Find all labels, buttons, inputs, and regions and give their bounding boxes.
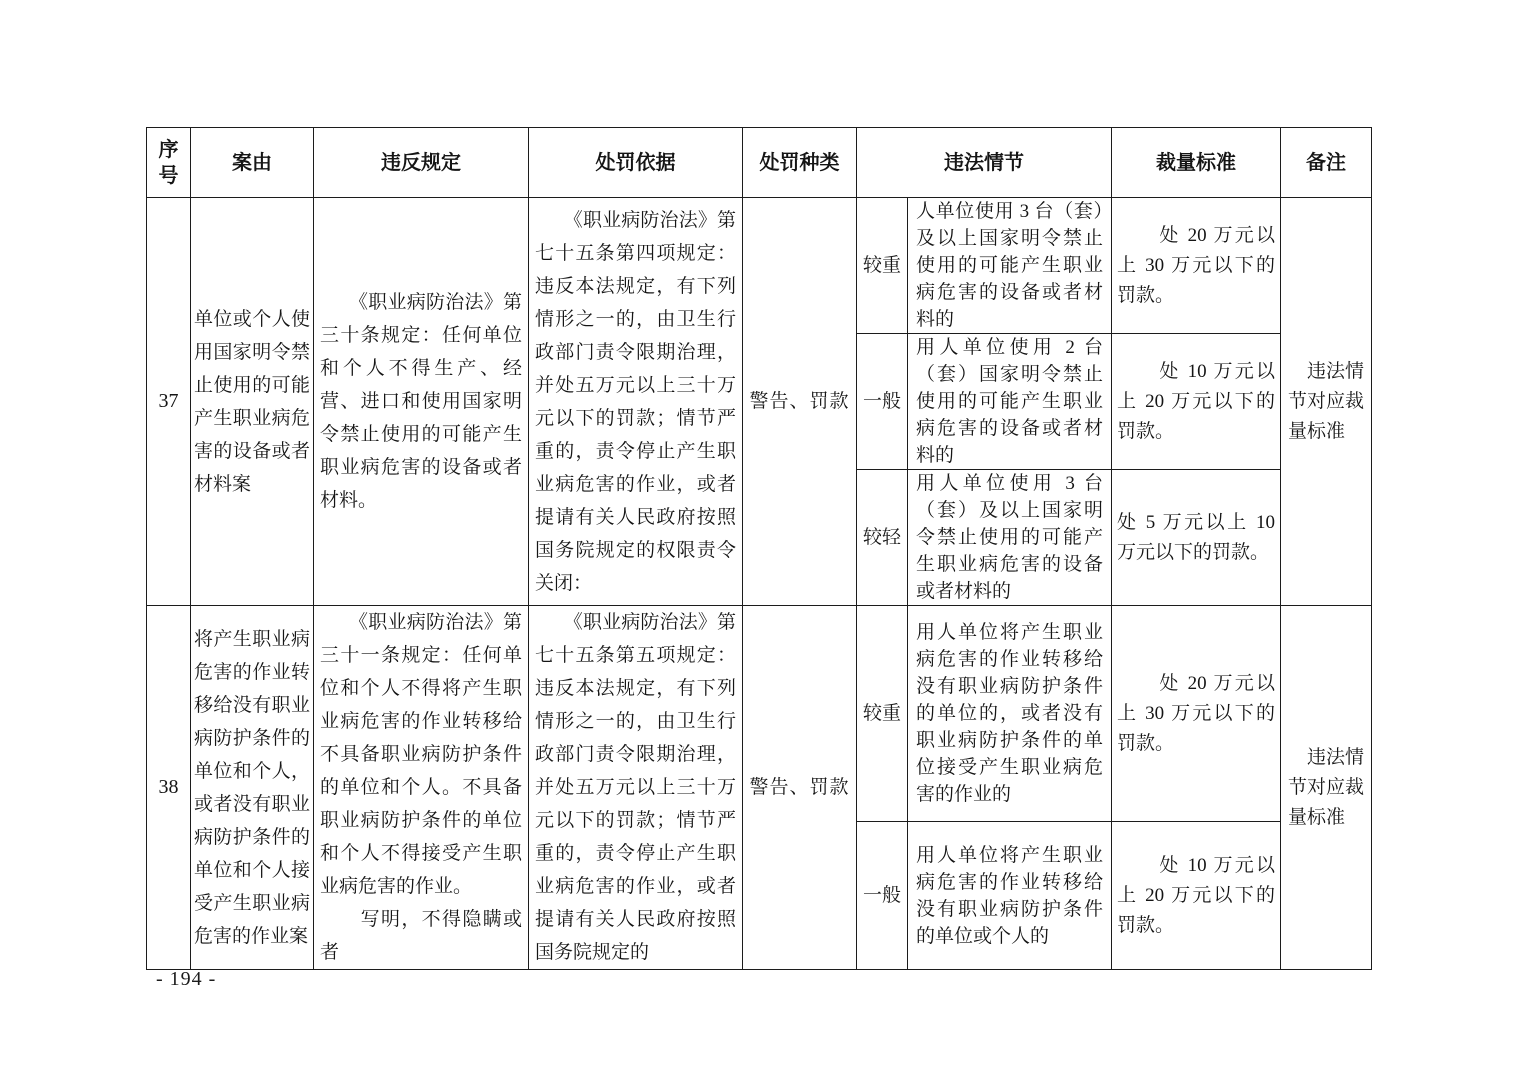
- header-violated-regulation: 违反规定: [314, 128, 529, 198]
- penalty-basis-cell: 《职业病防治法》第七十五条第四项规定：违反本法规定，有下列情形之一的，由卫生行政…: [529, 198, 743, 606]
- discretion-standard-cell: 处 10 万元以上 20 万元以下的罚款。: [1112, 334, 1281, 470]
- header-penalty-type: 处罚种类: [743, 128, 857, 198]
- table-row-38-sub-1: 38 将产生职业病危害的作业转移给没有职业病防护条件的单位和个人，或者没有职业病…: [147, 606, 1372, 822]
- remark-cell: 违法情节对应裁量标准: [1281, 198, 1372, 606]
- header-discretion-standard: 裁量标准: [1112, 128, 1281, 198]
- serial-no-cell: 38: [147, 606, 191, 970]
- document-page: 序号 案由 违反规定 处罚依据 处罚种类 违法情节 裁量标准 备注 37 单位或…: [0, 0, 1520, 1074]
- circumstance-description-cell: 人单位使用 3 台（套）及以上国家明令禁止使用的可能产生职业病危害的设备或者材料…: [908, 198, 1112, 334]
- basis-paragraph: 《职业病防治法》第七十五条第五项规定：违反本法规定，有下列情形之一的，由卫生行政…: [535, 606, 736, 969]
- violation-paragraph: 《职业病防治法》第三十一条规定：任何单位和个人不得将产生职业病危害的作业转移给不…: [320, 606, 522, 903]
- penalty-table: 序号 案由 违反规定 处罚依据 处罚种类 违法情节 裁量标准 备注 37 单位或…: [146, 127, 1372, 970]
- discretion-standard-cell: 处 10 万元以上 20 万元以下的罚款。: [1112, 822, 1281, 970]
- severity-level-cell: 一般: [857, 334, 908, 470]
- discretion-standard-cell: 处 20 万元以上 30 万元以下的罚款。: [1112, 606, 1281, 822]
- violated-regulation-cell: 《职业病防治法》第三十一条规定：任何单位和个人不得将产生职业病危害的作业转移给不…: [314, 606, 529, 970]
- header-row: 序号 案由 违反规定 处罚依据 处罚种类 违法情节 裁量标准 备注: [147, 128, 1372, 198]
- severity-level-cell: 较轻: [857, 470, 908, 606]
- header-remark: 备注: [1281, 128, 1372, 198]
- violation-paragraph: 写明，不得隐瞒或者: [320, 903, 522, 969]
- severity-level-cell: 较重: [857, 198, 908, 334]
- serial-no-cell: 37: [147, 198, 191, 606]
- severity-level-cell: 一般: [857, 822, 908, 970]
- circumstance-description-cell: 用人单位使用 2 台（套）国家明令禁止使用的可能产生职业病危害的设备或者材料的: [908, 334, 1112, 470]
- remark-cell: 违法情节对应裁量标准: [1281, 606, 1372, 970]
- header-penalty-basis: 处罚依据: [529, 128, 743, 198]
- case-cell: 单位或个人使用国家明令禁止使用的可能产生职业病危害的设备或者材料案: [191, 198, 314, 606]
- severity-level-cell: 较重: [857, 606, 908, 822]
- circumstance-description-cell: 用人单位将产生职业病危害的作业转移给没有职业病防护条件的单位的，或者没有职业病防…: [908, 606, 1112, 822]
- case-cell: 将产生职业病危害的作业转移给没有职业病防护条件的单位和个人，或者没有职业病防护条…: [191, 606, 314, 970]
- table-row-37-sub-1: 37 单位或个人使用国家明令禁止使用的可能产生职业病危害的设备或者材料案 《职业…: [147, 198, 1372, 334]
- circumstance-description-cell: 用人单位使用 3 台（套）及以上国家明令禁止使用的可能产生职业病危害的设备或者材…: [908, 470, 1112, 606]
- header-case: 案由: [191, 128, 314, 198]
- penalty-type-cell: 警告、罚款: [743, 198, 857, 606]
- header-violation-circumstances: 违法情节: [857, 128, 1112, 198]
- penalty-type-cell: 警告、罚款: [743, 606, 857, 970]
- penalty-basis-cell: 《职业病防治法》第七十五条第五项规定：违反本法规定，有下列情形之一的，由卫生行政…: [529, 606, 743, 970]
- circumstance-description-cell: 用人单位将产生职业病危害的作业转移给没有职业病防护条件的单位或个人的: [908, 822, 1112, 970]
- violation-paragraph: 《职业病防治法》第三十条规定：任何单位和个人不得生产、经营、进口和使用国家明令禁…: [320, 286, 522, 517]
- discretion-standard-cell: 处 20 万元以上 30 万元以下的罚款。: [1112, 198, 1281, 334]
- page-number: - 194 -: [156, 968, 216, 991]
- basis-paragraph: 《职业病防治法》第七十五条第四项规定：违反本法规定，有下列情形之一的，由卫生行政…: [535, 204, 736, 600]
- violated-regulation-cell: 《职业病防治法》第三十条规定：任何单位和个人不得生产、经营、进口和使用国家明令禁…: [314, 198, 529, 606]
- discretion-standard-cell: 处 5 万元以上 10 万元以下的罚款。: [1112, 470, 1281, 606]
- header-serial-no: 序号: [147, 128, 191, 198]
